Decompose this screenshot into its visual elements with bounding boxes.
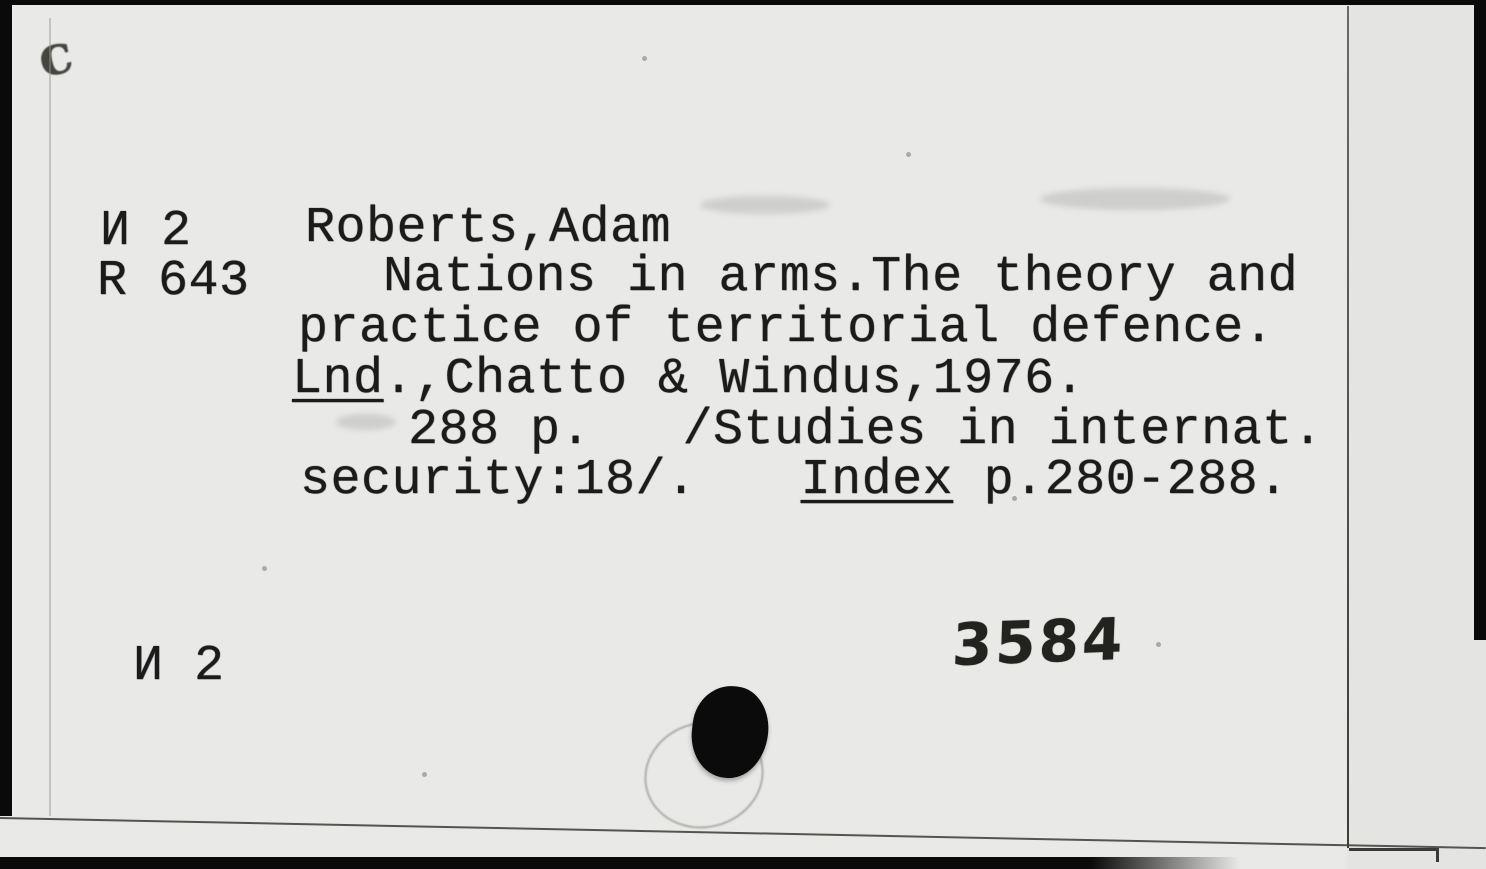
catalog-card-scan: c И 2 R 643 Roberts,Adam Nations in arms… — [0, 0, 1486, 869]
card-edge-stub-hook — [1436, 848, 1439, 862]
call-number-class-mark: И 2 — [100, 207, 192, 257]
accession-number: 3584 — [951, 605, 1127, 679]
imprint-rest: .,Chatto & Windus,1976. — [384, 351, 1086, 408]
index-word: Index — [801, 452, 954, 509]
imprint-line: Lnd.,Chatto & Windus,1976. — [292, 355, 1085, 405]
series-index-line: security:18/.Index p.280-288. — [300, 456, 1289, 506]
scan-speck — [642, 56, 647, 61]
scan-border-right — [1474, 0, 1486, 640]
card-left-guide-line — [49, 18, 51, 816]
scan-smudge — [700, 196, 830, 214]
series-continued: security:18/. — [300, 452, 697, 509]
scan-speck — [262, 566, 267, 571]
scan-speck — [1012, 496, 1017, 501]
scan-smudge — [1040, 188, 1230, 210]
bottom-class-mark: И 2 — [133, 642, 225, 692]
scan-border-bottom — [0, 857, 1240, 869]
scan-speck — [422, 772, 427, 777]
author-line: Roberts,Adam — [305, 204, 671, 254]
title-line-1: Nations in arms.The theory and — [383, 253, 1298, 303]
title-line-2: practice of territorial defence. — [298, 304, 1274, 354]
imprint-place: Lnd — [292, 351, 384, 408]
call-number-cutter-mark: R 643 — [97, 257, 250, 307]
scan-background-strip — [1347, 0, 1486, 869]
collation-line: 288 p. /Studies in internat. — [408, 406, 1323, 456]
scan-speck — [1156, 642, 1161, 647]
card-right-edge-line — [1347, 6, 1349, 848]
scan-border-top — [0, 0, 1486, 5]
index-pages: p.280-288. — [953, 452, 1289, 509]
card-bottom-edge-line — [0, 817, 1486, 849]
scan-smudge — [336, 414, 396, 430]
scan-speck — [906, 152, 911, 157]
card-edge-stub-line — [1349, 848, 1439, 851]
scan-border-left — [0, 0, 12, 816]
corner-handwritten-mark: c — [32, 19, 79, 91]
